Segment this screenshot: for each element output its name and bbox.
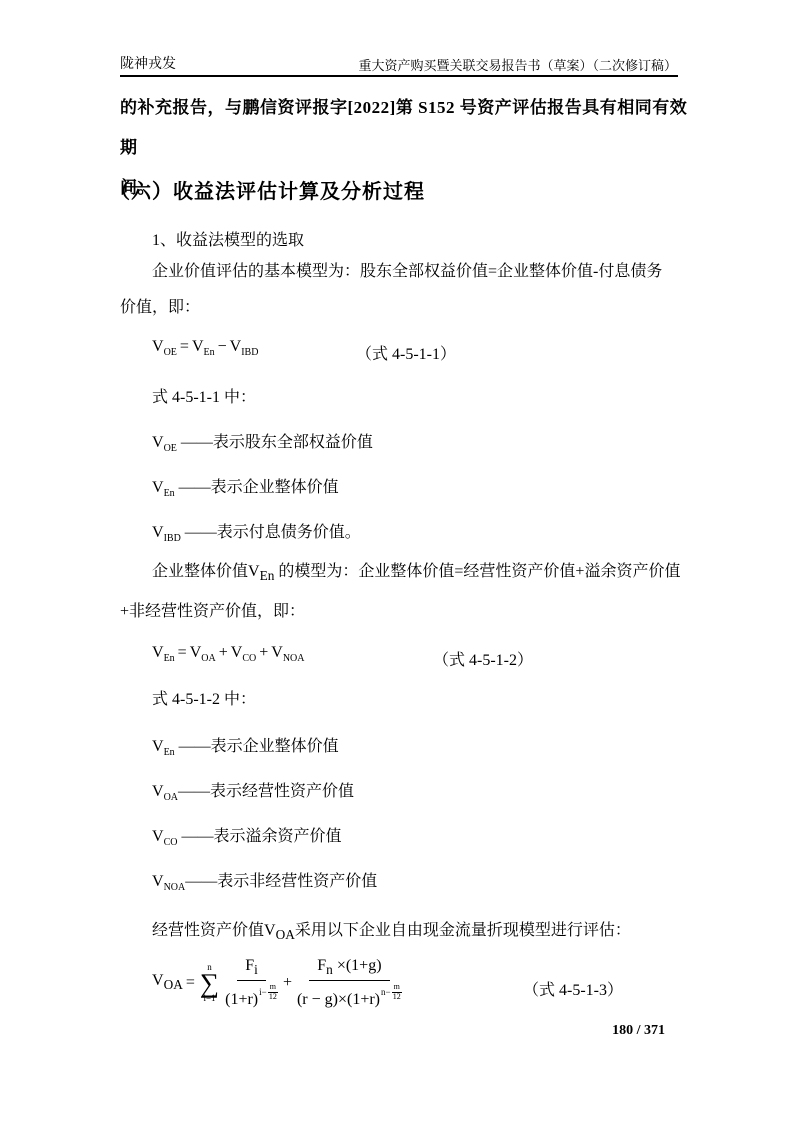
formula-1-label: （式 4-5-1-1） xyxy=(356,341,456,364)
paragraph-line: 企业整体价值VEn 的模型为：企业整体价值=经营性资产价值+溢余资产价值 xyxy=(120,554,686,594)
definition-vibd: VIBD ——表示付息债务价值。 xyxy=(152,519,361,542)
formula-term: VIBD xyxy=(230,338,259,355)
formula-term: VOE xyxy=(152,338,177,355)
paragraph-line: 价值，即： xyxy=(120,290,686,326)
header-right-title: 重大资产购买暨关联交易报告书（草案）（二次修订稿） xyxy=(358,55,677,74)
paragraph-intro-line1: 的补充报告，与鹏信资评报字[2022]第 S152 号资产评估报告具有相同有效期 xyxy=(120,88,688,168)
definition-ven2: VEn ——表示企业整体价值 xyxy=(152,733,339,756)
formula-1: VOE=VEn−VIBD xyxy=(152,338,258,356)
exponent-fraction: m12 xyxy=(268,983,278,1002)
definition-vco: VCO ——表示溢余资产价值 xyxy=(152,823,341,846)
exponent: n−m12 xyxy=(381,983,402,1002)
formula-term: VNOA xyxy=(271,644,304,661)
sub-heading: 1、收益法模型的选取 xyxy=(152,227,304,250)
formula-term: VEn xyxy=(192,338,215,355)
fraction-terminal-term: Fn ×(1+g) (r − g)×(1+r)n−m12 xyxy=(297,957,402,1009)
minus-sign: − xyxy=(218,338,227,356)
paragraph-line: 企业价值评估的基本模型为：股东全部权益价值=企业整体价值-付息债务 xyxy=(120,254,686,290)
definition-voe: VOE ——表示股东全部权益价值 xyxy=(152,429,373,452)
definition-ven: VEn ——表示企业整体价值 xyxy=(152,474,339,497)
plus-sign: + xyxy=(259,644,268,662)
fraction-discount-term: Fi (1+r)i−m12 xyxy=(225,957,278,1009)
exponent: i−m12 xyxy=(259,983,278,1002)
formula-term: VOA xyxy=(264,922,295,939)
plus-sign: + xyxy=(283,974,292,992)
section-heading: （六）收益法评估计算及分析过程 xyxy=(110,175,425,204)
formula-3-label: （式 4-5-1-3） xyxy=(523,977,623,1000)
page-number: 180 / 371 xyxy=(612,1023,665,1039)
formula-1-where: 式 4-5-1-1 中： xyxy=(152,384,256,407)
equals-sign: = xyxy=(186,974,195,992)
equals-sign: = xyxy=(180,338,189,356)
header-rule xyxy=(120,75,678,77)
definition-vnoa: VNOA——表示非经营性资产价值 xyxy=(152,868,377,891)
exponent-fraction: m12 xyxy=(392,983,402,1002)
formula-term: VEn xyxy=(152,644,175,661)
formula-2-label: （式 4-5-1-2） xyxy=(433,647,533,670)
paragraph-enterprise-model: 企业整体价值VEn 的模型为：企业整体价值=经营性资产价值+溢余资产价值 +非经… xyxy=(120,554,686,630)
formula-2: VEn=VOA+VCO+VNOA xyxy=(152,644,304,662)
formula-3: VOA = n ∑ i=1 Fi (1+r)i−m12 + Fn ×(1+g) … xyxy=(152,948,404,1018)
formula-term: VOA xyxy=(152,972,183,993)
paragraph-line: +非经营性资产价值，即： xyxy=(120,594,686,630)
equals-sign: = xyxy=(178,644,187,662)
formula-term: VCO xyxy=(231,644,256,661)
formula-term: VEn xyxy=(248,563,274,580)
document-page: 陇神戎发 重大资产购买暨关联交易报告书（草案）（二次修订稿） 的补充报告，与鹏信… xyxy=(0,0,793,1122)
formula-term: VOA xyxy=(190,644,216,661)
plus-sign: + xyxy=(219,644,228,662)
formula-2-where: 式 4-5-1-2 中： xyxy=(152,686,256,709)
definition-voa: VOA——表示经营性资产价值 xyxy=(152,778,354,801)
header-left-title: 陇神戎发 xyxy=(120,53,176,73)
summation-symbol: n ∑ i=1 xyxy=(200,963,219,1004)
paragraph-model-basic: 企业价值评估的基本模型为：股东全部权益价值=企业整体价值-付息债务 价值，即： xyxy=(120,254,686,326)
